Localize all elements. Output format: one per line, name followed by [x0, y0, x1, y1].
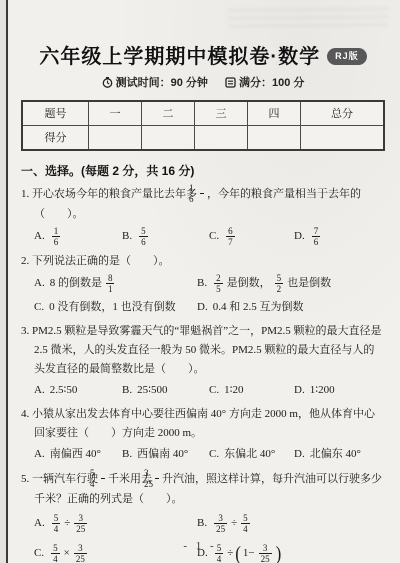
score-cell-empty: [89, 125, 142, 150]
question-2: 2. 下列说法正确的是（ ）。A.8 的倒数是81B.25是倒数，52也是倒数C…: [21, 252, 385, 317]
exam-page: 六年级上学期期中模拟卷·数学RJ版 测试时间：90 分钟 满分：100 分: [0, 0, 400, 563]
score-cell-empty: [248, 125, 301, 150]
test-time-label: 测试时间：90 分钟: [116, 74, 208, 90]
option-label: D.: [294, 227, 305, 246]
fraction: 52: [275, 273, 284, 294]
page-number: - 1 -: [183, 540, 216, 552]
score-col-2: 二: [142, 101, 195, 126]
full-score-label: 满分：100 分: [239, 74, 304, 90]
text-segment: 25∶500: [137, 381, 167, 400]
option-list: A.8 的倒数是81B.25是倒数，52也是倒数C.0 没有倒数，1 也没有倒数…: [34, 273, 385, 317]
option-B: B.56: [122, 226, 209, 247]
option-A: A.2.5∶50: [34, 381, 122, 400]
page-footer: - 1 -: [0, 540, 400, 552]
option-label: B.: [122, 445, 132, 464]
option-label: A.: [34, 381, 45, 400]
option-D: D.1∶200: [294, 381, 385, 400]
question-stem: 4. 小猿从家出发去体育中心要往西偏南 40° 方向走 2000 m，他从体育中…: [21, 405, 385, 443]
option-A: A.16: [34, 226, 122, 247]
option-list: A.南偏西 40°B.西偏南 40°C.东偏北 40°D.北偏东 40°: [34, 445, 385, 464]
text-segment: 1∶20: [224, 381, 243, 400]
text-segment: 开心农场今年的粮食产量比去年多: [32, 188, 197, 200]
option-D: D.76: [294, 226, 385, 247]
fraction: 16: [52, 226, 61, 247]
text-segment: 北偏东 40°: [310, 445, 361, 464]
option-C: C.东偏北 40°: [209, 445, 294, 464]
score-row-label: 得分: [22, 125, 89, 150]
option-C: C.0 没有倒数，1 也没有倒数: [34, 298, 197, 317]
fraction: 67: [226, 226, 235, 247]
text-segment: 2.5∶50: [50, 381, 78, 400]
fraction: 76: [312, 226, 321, 247]
option-label: A.: [34, 227, 45, 246]
score-table-header-row: 题号 一 二 三 四 总分: [22, 101, 384, 126]
page-content: 六年级上学期期中模拟卷·数学RJ版 测试时间：90 分钟 满分：100 分: [0, 40, 400, 563]
score-col-total: 总分: [301, 101, 385, 126]
score-cell-empty: [301, 125, 385, 150]
score-cell-empty: [142, 125, 195, 150]
text-segment: 是倒数，: [227, 274, 271, 293]
question-1: 1. 开心农场今年的粮食产量比去年多16，今年的粮食产量相当于去年的（ ）。A.…: [21, 184, 385, 247]
test-time: 测试时间：90 分钟: [102, 74, 208, 90]
option-C: C.67: [209, 226, 294, 247]
option-D: D.0.4 和 2.5 互为倒数: [197, 298, 385, 317]
full-score: 满分：100 分: [225, 74, 304, 90]
fraction: 54: [101, 468, 105, 489]
text-segment: ÷: [231, 514, 237, 533]
option-label: C.: [209, 381, 219, 400]
option-label: A.: [34, 445, 45, 464]
option-A: A.8 的倒数是81: [34, 273, 197, 294]
text-segment: ÷: [64, 514, 70, 533]
text-segment: 西偏南 40°: [137, 445, 188, 464]
score-row: 得分: [22, 125, 384, 150]
option-B: B.325÷54: [197, 513, 385, 534]
score-table: 题号 一 二 三 四 总分 得分: [21, 100, 385, 151]
option-A: A.54÷325: [34, 513, 197, 534]
question-list: 1. 开心农场今年的粮食产量比去年多16，今年的粮食产量相当于去年的（ ）。A.…: [21, 184, 385, 563]
option-list: A.54÷325B.325÷54C.54×325D.54÷(1−325): [34, 513, 385, 563]
text-segment: PM2.5 颗粒是导致雾霾天气的“罪魁祸首”之一，PM2.5 颗粒的最大直径是 …: [32, 325, 382, 375]
option-label: C.: [34, 298, 44, 317]
text-segment: 东偏北 40°: [224, 445, 275, 464]
edition-badge: RJ版: [327, 48, 367, 65]
option-label: B.: [197, 274, 207, 293]
timer-icon: [102, 77, 113, 88]
option-label: D.: [197, 298, 208, 317]
option-D: D.北偏东 40°: [294, 445, 385, 464]
text-segment: 1∶200: [310, 381, 335, 400]
option-B: B.西偏南 40°: [122, 445, 209, 464]
option-list: A.16B.56C.67D.76: [34, 226, 385, 247]
text-segment: 0.4 和 2.5 互为倒数: [213, 298, 304, 317]
option-list: A.2.5∶50B.25∶500C.1∶20D.1∶200: [34, 381, 385, 400]
score-col-4: 四: [248, 101, 301, 126]
question-4: 4. 小猿从家出发去体育中心要往西偏南 40° 方向走 2000 m，他从体育中…: [21, 405, 385, 464]
text-segment: 也是倒数: [287, 274, 331, 293]
section-heading: 一、选择。(每题 2 分，共 16 分): [21, 162, 385, 179]
option-label: C.: [209, 445, 219, 464]
text-segment: 下列说法正确的是（ ）。: [32, 255, 170, 267]
score-cell-empty: [195, 125, 248, 150]
text-segment: 南偏西 40°: [50, 445, 101, 464]
question-stem: 1. 开心农场今年的粮食产量比去年多16，今年的粮食产量相当于去年的（ ）。: [21, 184, 385, 224]
question-stem: 2. 下列说法正确的是（ ）。: [21, 252, 385, 271]
option-label: B.: [122, 227, 132, 246]
exam-title: 六年级上学期期中模拟卷·数学: [39, 46, 320, 68]
option-A: A.南偏西 40°: [34, 445, 122, 464]
fraction: 325: [214, 513, 227, 534]
fraction: 81: [106, 273, 115, 294]
fraction: 325: [74, 513, 87, 534]
option-label: D.: [294, 445, 305, 464]
question-stem: 5. 一辆汽车行驶54千米用去325升汽油，照这样计算，每升汽油可以行驶多少千米…: [21, 469, 385, 509]
option-label: C.: [209, 227, 219, 246]
question-3: 3. PM2.5 颗粒是导致雾霾天气的“罪魁祸首”之一，PM2.5 颗粒的最大直…: [21, 322, 385, 400]
score-icon: [225, 77, 236, 88]
fraction: 25: [214, 273, 223, 294]
option-label: D.: [294, 381, 305, 400]
fraction: 16: [200, 183, 204, 204]
option-B: B.25∶500: [122, 381, 209, 400]
exam-meta: 测试时间：90 分钟 满分：100 分: [21, 74, 385, 91]
option-B: B.25是倒数，52也是倒数: [197, 273, 385, 294]
option-C: C.1∶20: [209, 381, 294, 400]
option-label: B.: [197, 514, 207, 533]
question-stem: 3. PM2.5 颗粒是导致雾霾天气的“罪魁祸首”之一，PM2.5 颗粒的最大直…: [21, 322, 385, 379]
scan-bleed-artifact: [228, 5, 388, 32]
exam-header: 六年级上学期期中模拟卷·数学RJ版: [21, 40, 385, 69]
score-col-3: 三: [195, 101, 248, 126]
option-label: A.: [34, 514, 45, 533]
fraction: 54: [241, 513, 250, 534]
text-segment: 0 没有倒数，1 也没有倒数: [49, 298, 176, 317]
option-label: A.: [34, 274, 45, 293]
fraction: 56: [139, 226, 148, 247]
score-col-1: 一: [89, 101, 142, 126]
option-label: B.: [122, 381, 132, 400]
text-segment: 小猿从家出发去体育中心要往西偏南 40° 方向走 2000 m，他从体育中心回家…: [32, 408, 375, 439]
fraction: 325: [155, 468, 159, 489]
score-col-label: 题号: [22, 101, 89, 126]
text-segment: 一辆汽车行驶: [32, 473, 98, 485]
text-segment: 8 的倒数是: [50, 274, 102, 293]
fraction: 54: [52, 513, 61, 534]
